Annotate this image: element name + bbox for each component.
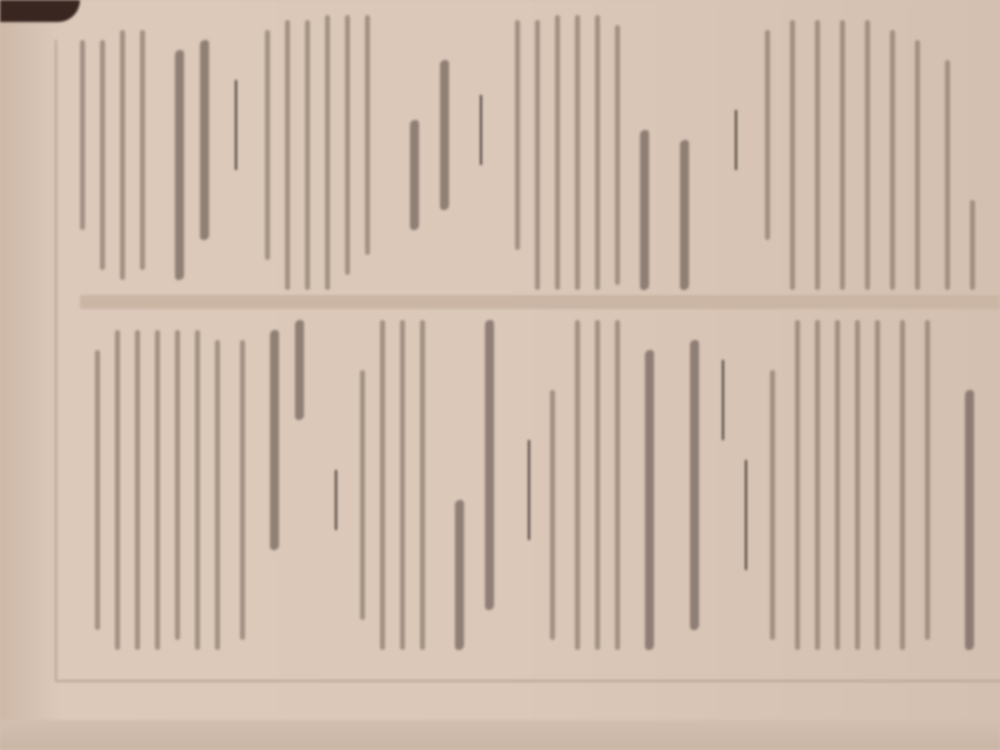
script-heading xyxy=(295,319,304,420)
script-heading xyxy=(485,319,494,610)
heading-rule xyxy=(480,95,482,165)
column-divider xyxy=(80,295,1000,309)
script-heading xyxy=(200,39,209,240)
script-heading xyxy=(410,119,419,230)
heading-rule xyxy=(745,460,747,570)
heading-rule xyxy=(235,80,237,170)
script-heading xyxy=(680,139,689,290)
script-heading xyxy=(690,339,699,630)
script-heading xyxy=(455,499,464,650)
lower-column xyxy=(0,310,1000,690)
heading-rule xyxy=(335,470,337,530)
script-heading xyxy=(965,389,974,650)
script-heading xyxy=(645,349,654,650)
script-heading xyxy=(270,329,279,550)
heading-rule xyxy=(528,440,530,540)
script-heading xyxy=(175,49,184,280)
upper-column xyxy=(0,0,1000,295)
script-heading xyxy=(440,59,449,210)
document-photo xyxy=(0,0,1000,750)
page-bottom-edge xyxy=(0,720,1000,750)
script-heading xyxy=(640,129,649,290)
heading-rule xyxy=(722,360,724,440)
heading-rule xyxy=(735,110,737,170)
